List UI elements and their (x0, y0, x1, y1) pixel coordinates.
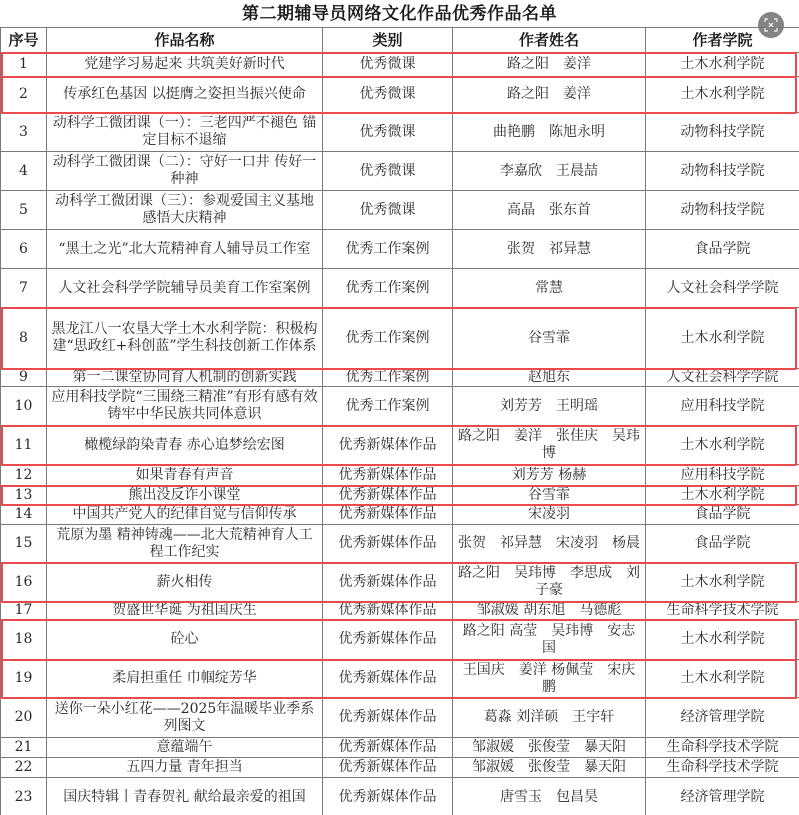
table-row: 19柔肩担重任 巾帼绽芳华优秀新媒体作品王国庆 姜洋 杨佩莹 宋庆鹏土木水利学院 (1, 660, 799, 698)
header-category: 类别 (323, 28, 453, 53)
cell-work-name: 薪火相传 (47, 563, 323, 602)
cell-category: 优秀新媒体作品 (323, 465, 453, 486)
cell-work-name: 送你一朵小红花——2025年温暖毕业季系列图文 (47, 698, 323, 738)
cell-work-name: 砼心 (47, 620, 323, 660)
cell-no: 20 (1, 698, 47, 738)
cell-no: 15 (1, 525, 47, 563)
cell-work-name: 橄榄绿韵染青春 赤心追梦绘宏图 (47, 426, 323, 465)
cell-work-name: 动科学工微团课（三）：参观爱国主义基地 感悟大庆精神 (47, 191, 323, 230)
cell-college: 食品学院 (646, 525, 799, 563)
cell-college: 生命科学技术学院 (646, 738, 799, 758)
cell-college: 生命科学技术学院 (646, 602, 799, 620)
cell-authors: 宋凌羽 (453, 505, 646, 525)
table-row: 5动科学工微团课（三）：参观爱国主义基地 感悟大庆精神优秀微课高晶 张东首动物科… (1, 191, 799, 230)
cell-college: 土木水利学院 (646, 486, 799, 505)
table-row: 21意蕴端午优秀新媒体作品邹淑媛 张俊莹 暴天阳生命科学技术学院 (1, 738, 799, 758)
cell-authors: 路之阳 姜洋 张佳庆 吴玮博 (453, 426, 646, 465)
cell-category: 优秀工作案例 (323, 369, 453, 387)
cell-college: 土木水利学院 (646, 77, 799, 113)
header-no: 序号 (1, 28, 47, 53)
cell-no: 18 (1, 620, 47, 660)
table-row: 18砼心优秀新媒体作品路之阳 高莹 吴玮博 安志国土木水利学院 (1, 620, 799, 660)
cell-no: 1 (1, 53, 47, 77)
cell-authors: 谷雪霏 (453, 486, 646, 505)
cell-work-name: 党建学习易起来 共筑美好新时代 (47, 53, 323, 77)
table-row: 8黑龙江八一农垦大学土木水利学院：积极构建“思政红+科创蓝”学生科技创新工作体系… (1, 308, 799, 369)
cell-no: 21 (1, 738, 47, 758)
cell-category: 优秀新媒体作品 (323, 525, 453, 563)
cell-authors: 邹淑媛 张俊莹 暴天阳 (453, 738, 646, 758)
cell-no: 11 (1, 426, 47, 465)
cell-authors: 唐雪玉 包昌昊 (453, 778, 646, 815)
cell-authors: 谷雪霏 (453, 308, 646, 369)
award-list-table: 序号 作品名称 类别 作者姓名 作者学院 1党建学习易起来 共筑美好新时代优秀微… (0, 27, 799, 815)
cell-work-name: 应用科技学院“三围绕三精准”有形有感有效铸牢中华民族共同体意识 (47, 387, 323, 426)
table-row: 16薪火相传优秀新媒体作品路之阳 吴玮博 李思成 刘子豪土木水利学院 (1, 563, 799, 602)
cell-category: 优秀微课 (323, 77, 453, 113)
table-row: 10应用科技学院“三围绕三精准”有形有感有效铸牢中华民族共同体意识优秀工作案例刘… (1, 387, 799, 426)
cell-no: 22 (1, 758, 47, 778)
cell-category: 优秀新媒体作品 (323, 426, 453, 465)
cell-category: 优秀工作案例 (323, 230, 453, 269)
cell-college: 应用科技学院 (646, 387, 799, 426)
cell-no: 9 (1, 369, 47, 387)
cell-authors: 邹淑媛 张俊莹 暴天阳 (453, 758, 646, 778)
cell-authors: 张贺 祁异慧 (453, 230, 646, 269)
cell-category: 优秀新媒体作品 (323, 505, 453, 525)
cell-college: 土木水利学院 (646, 53, 799, 77)
cell-college: 动物科技学院 (646, 113, 799, 152)
table-row: 22五四力量 青年担当优秀新媒体作品邹淑媛 张俊莹 暴天阳生命科学技术学院 (1, 758, 799, 778)
table-row: 23国庆特辑丨青春贺礼 献给最亲爱的祖国优秀新媒体作品唐雪玉 包昌昊经济管理学院 (1, 778, 799, 815)
table-row: 4动科学工微团课（二）：守好一口井 传好一种神优秀微课李嘉欣 王晨喆动物科技学院 (1, 152, 799, 191)
cell-category: 优秀新媒体作品 (323, 660, 453, 698)
cell-category: 优秀新媒体作品 (323, 563, 453, 602)
cell-work-name: 如果青春有声音 (47, 465, 323, 486)
cell-college: 生命科学技术学院 (646, 758, 799, 778)
cell-work-name: 黑龙江八一农垦大学土木水利学院：积极构建“思政红+科创蓝”学生科技创新工作体系 (47, 308, 323, 369)
cell-category: 优秀工作案例 (323, 269, 453, 308)
header-college: 作者学院 (646, 28, 799, 53)
cell-college: 土木水利学院 (646, 426, 799, 465)
table-row: 11橄榄绿韵染青春 赤心追梦绘宏图优秀新媒体作品路之阳 姜洋 张佳庆 吴玮博土木… (1, 426, 799, 465)
cell-no: 16 (1, 563, 47, 602)
cell-authors: 赵旭东 (453, 369, 646, 387)
cell-category: 优秀微课 (323, 53, 453, 77)
cell-college: 人文社会科学学院 (646, 369, 799, 387)
cell-college: 食品学院 (646, 505, 799, 525)
cell-college: 土木水利学院 (646, 563, 799, 602)
cell-no: 4 (1, 152, 47, 191)
cell-no: 5 (1, 191, 47, 230)
cell-authors: 曲艳鹏 陈旭永明 (453, 113, 646, 152)
cell-authors: 路之阳 姜洋 (453, 53, 646, 77)
table-row: 7人文社会科学学院辅导员美育工作室案例优秀工作案例常慧人文社会科学学院 (1, 269, 799, 308)
cell-work-name: 中国共产党人的纪律自觉与信仰传承 (47, 505, 323, 525)
table-row: 1党建学习易起来 共筑美好新时代优秀微课路之阳 姜洋土木水利学院 (1, 53, 799, 77)
cell-no: 6 (1, 230, 47, 269)
cell-no: 14 (1, 505, 47, 525)
cell-authors: 刘芳芳 王明瑶 (453, 387, 646, 426)
cell-category: 优秀新媒体作品 (323, 620, 453, 660)
cell-work-name: 国庆特辑丨青春贺礼 献给最亲爱的祖国 (47, 778, 323, 815)
cell-work-name: 熊出没反诈小课堂 (47, 486, 323, 505)
cell-authors: 邹淑媛 胡东旭 马德彪 (453, 602, 646, 620)
cell-college: 食品学院 (646, 230, 799, 269)
cell-work-name: 贺盛世华诞 为祖国庆生 (47, 602, 323, 620)
cell-category: 优秀工作案例 (323, 308, 453, 369)
cell-category: 优秀新媒体作品 (323, 698, 453, 738)
cell-no: 12 (1, 465, 47, 486)
cell-authors: 路之阳 姜洋 (453, 77, 646, 113)
table-row: 3动科学工微团课（一）：三老四严不褪色 锚定目标不退缩优秀微课曲艳鹏 陈旭永明动… (1, 113, 799, 152)
cell-authors: 路之阳 高莹 吴玮博 安志国 (453, 620, 646, 660)
cell-category: 优秀新媒体作品 (323, 486, 453, 505)
cell-no: 7 (1, 269, 47, 308)
cell-college: 经济管理学院 (646, 698, 799, 738)
cell-authors: 葛淼 刘洋硕 王宇轩 (453, 698, 646, 738)
cell-work-name: 意蕴端午 (47, 738, 323, 758)
table-row: 13熊出没反诈小课堂优秀新媒体作品谷雪霏土木水利学院 (1, 486, 799, 505)
cell-work-name: 动科学工微团课（一）：三老四严不褪色 锚定目标不退缩 (47, 113, 323, 152)
cell-authors: 高晶 张东首 (453, 191, 646, 230)
cell-no: 10 (1, 387, 47, 426)
cell-no: 23 (1, 778, 47, 815)
table-row: 12如果青春有声音优秀新媒体作品刘芳芳 杨赫应用科技学院 (1, 465, 799, 486)
cell-college: 土木水利学院 (646, 620, 799, 660)
cell-college: 人文社会科学学院 (646, 269, 799, 308)
cell-authors: 路之阳 吴玮博 李思成 刘子豪 (453, 563, 646, 602)
table-row: 20送你一朵小红花——2025年温暖毕业季系列图文优秀新媒体作品葛淼 刘洋硕 王… (1, 698, 799, 738)
cell-work-name: 五四力量 青年担当 (47, 758, 323, 778)
cell-no: 3 (1, 113, 47, 152)
cell-category: 优秀新媒体作品 (323, 738, 453, 758)
cell-work-name: “黑土之光”北大荒精神育人辅导员工作室 (47, 230, 323, 269)
cell-no: 17 (1, 602, 47, 620)
cell-work-name: 动科学工微团课（二）：守好一口井 传好一种神 (47, 152, 323, 191)
table-row: 6“黑土之光”北大荒精神育人辅导员工作室优秀工作案例张贺 祁异慧食品学院 (1, 230, 799, 269)
cell-college: 土木水利学院 (646, 660, 799, 698)
header-authors: 作者姓名 (453, 28, 646, 53)
cell-college: 经济管理学院 (646, 778, 799, 815)
table-row: 14中国共产党人的纪律自觉与信仰传承优秀新媒体作品宋凌羽食品学院 (1, 505, 799, 525)
cell-college: 动物科技学院 (646, 191, 799, 230)
table-row: 2传承红色基因 以挺膺之姿担当振兴使命优秀微课路之阳 姜洋土木水利学院 (1, 77, 799, 113)
cell-college: 土木水利学院 (646, 308, 799, 369)
cell-authors: 常慧 (453, 269, 646, 308)
cell-work-name: 人文社会科学学院辅导员美育工作室案例 (47, 269, 323, 308)
header-work-name: 作品名称 (47, 28, 323, 53)
table-row: 17贺盛世华诞 为祖国庆生优秀新媒体作品邹淑媛 胡东旭 马德彪生命科学技术学院 (1, 602, 799, 620)
cell-work-name: 传承红色基因 以挺膺之姿担当振兴使命 (47, 77, 323, 113)
cell-category: 优秀微课 (323, 191, 453, 230)
cell-college: 应用科技学院 (646, 465, 799, 486)
cell-category: 优秀新媒体作品 (323, 602, 453, 620)
cell-college: 动物科技学院 (646, 152, 799, 191)
cell-category: 优秀工作案例 (323, 387, 453, 426)
cell-no: 2 (1, 77, 47, 113)
table-header-row: 序号 作品名称 类别 作者姓名 作者学院 (1, 28, 799, 53)
cell-category: 优秀微课 (323, 113, 453, 152)
cell-authors: 张贺 祁异慧 宋凌羽 杨晨 (453, 525, 646, 563)
page-title: 第二期辅导员网络文化作品优秀作品名单 (0, 0, 799, 28)
cell-work-name: 柔肩担重任 巾帼绽芳华 (47, 660, 323, 698)
table-row: 9第一二课堂协同育人机制的创新实践优秀工作案例赵旭东人文社会科学学院 (1, 369, 799, 387)
cell-authors: 王国庆 姜洋 杨佩莹 宋庆鹏 (453, 660, 646, 698)
cell-category: 优秀新媒体作品 (323, 758, 453, 778)
table-row: 15荒原为墨 精神铸魂——北大荒精神育人工程工作纪实优秀新媒体作品张贺 祁异慧 … (1, 525, 799, 563)
cell-category: 优秀新媒体作品 (323, 778, 453, 815)
cell-no: 19 (1, 660, 47, 698)
cell-no: 13 (1, 486, 47, 505)
cell-work-name: 第一二课堂协同育人机制的创新实践 (47, 369, 323, 387)
cell-no: 8 (1, 308, 47, 369)
cell-authors: 李嘉欣 王晨喆 (453, 152, 646, 191)
cell-authors: 刘芳芳 杨赫 (453, 465, 646, 486)
cell-category: 优秀微课 (323, 152, 453, 191)
cell-work-name: 荒原为墨 精神铸魂——北大荒精神育人工程工作纪实 (47, 525, 323, 563)
